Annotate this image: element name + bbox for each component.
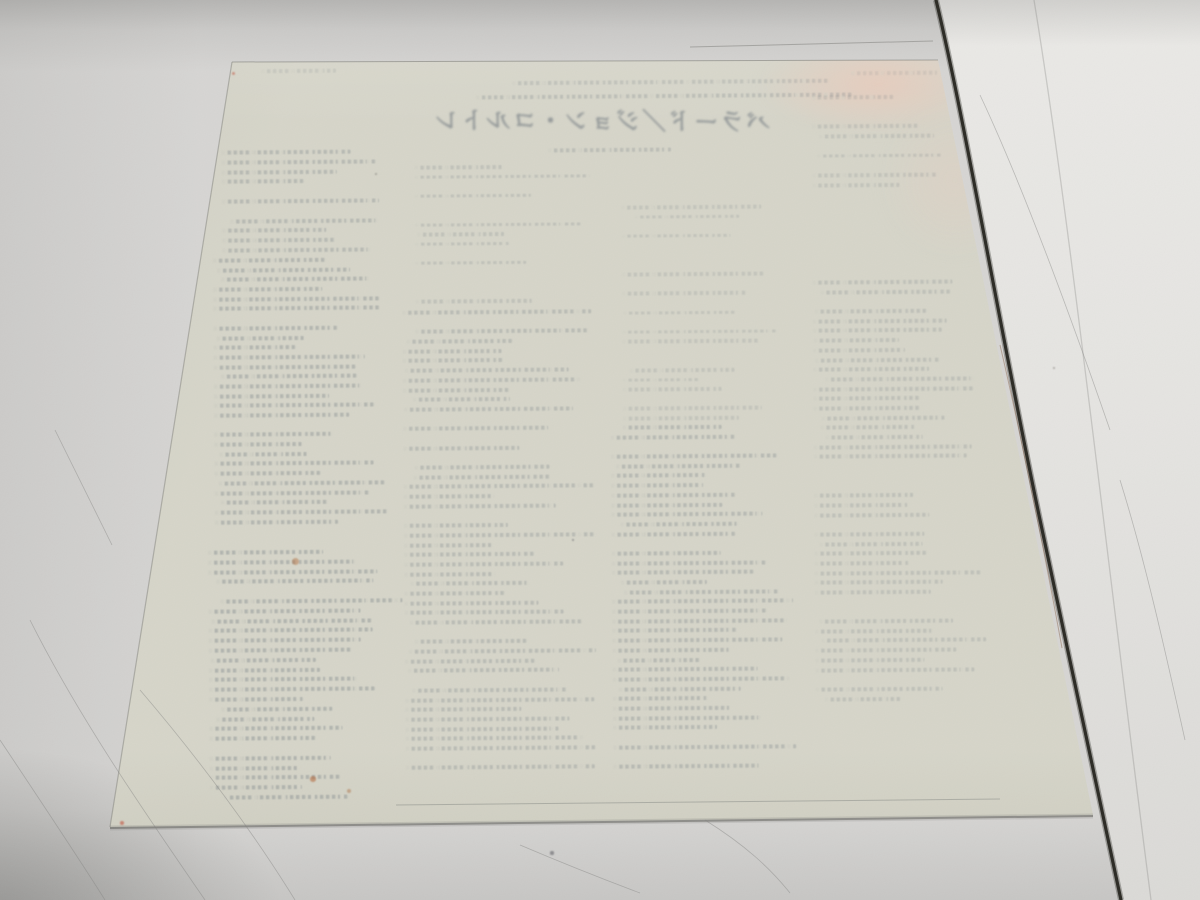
showthrough-text-line bbox=[210, 756, 331, 761]
showthrough-text-line bbox=[819, 134, 934, 138]
showthrough-text-line bbox=[814, 551, 928, 556]
showthrough-text-line bbox=[815, 628, 933, 633]
showthrough-text-line bbox=[214, 345, 296, 350]
showthrough-text-line bbox=[815, 590, 931, 595]
showthrough-text-line bbox=[825, 376, 974, 381]
showthrough-text-line bbox=[209, 697, 303, 702]
showthrough-text-line bbox=[613, 676, 790, 681]
showthrough-text-block bbox=[414, 164, 595, 309]
showthrough-text-line bbox=[613, 744, 796, 749]
showthrough-text-line bbox=[221, 707, 332, 712]
showthrough-text-line bbox=[612, 551, 721, 556]
showthrough-text-line bbox=[629, 368, 734, 372]
showthrough-text-line bbox=[214, 442, 302, 447]
showthrough-text-line bbox=[815, 580, 943, 585]
showthrough-text-line bbox=[815, 309, 927, 314]
showthrough-text-line bbox=[821, 638, 986, 643]
showthrough-text-block bbox=[851, 71, 941, 80]
showthrough-text-line bbox=[611, 493, 736, 498]
showthrough-text-line bbox=[213, 326, 337, 331]
showthrough-text-line bbox=[826, 435, 923, 440]
showthrough-text-line bbox=[815, 667, 974, 672]
showthrough-text-block bbox=[208, 549, 396, 805]
showthrough-text-line bbox=[622, 272, 765, 277]
showthrough-text-line bbox=[613, 764, 759, 769]
showthrough-text-line bbox=[215, 509, 389, 514]
showthrough-text-line bbox=[222, 228, 326, 233]
showthrough-text-line bbox=[402, 349, 501, 354]
showthrough-text-line bbox=[406, 745, 597, 751]
showthrough-text-line bbox=[208, 608, 360, 613]
showthrough-text-line bbox=[214, 413, 349, 418]
showthrough-text-line bbox=[209, 726, 342, 731]
showthrough-text-line bbox=[825, 697, 901, 702]
showthrough-text-block bbox=[611, 424, 799, 774]
showthrough-text-line bbox=[623, 406, 762, 411]
showthrough-text-line bbox=[612, 599, 793, 604]
showthrough-text-line bbox=[404, 561, 563, 566]
showthrough-text-line bbox=[402, 309, 591, 314]
showthrough-text-line bbox=[813, 406, 920, 411]
showthrough-text-line bbox=[612, 648, 729, 653]
showthrough-text-line bbox=[404, 494, 495, 499]
showthrough-text-line bbox=[612, 628, 738, 633]
showthrough-text-line bbox=[415, 299, 535, 303]
showthrough-text-line bbox=[208, 569, 377, 574]
showthrough-text-line bbox=[612, 609, 767, 614]
showthrough-text-line bbox=[623, 387, 722, 391]
showthrough-text-line bbox=[819, 541, 922, 546]
showthrough-text-line bbox=[815, 357, 940, 362]
showthrough-text-line bbox=[222, 198, 379, 203]
showthrough-text-line bbox=[222, 179, 304, 184]
showthrough-text-line bbox=[814, 503, 907, 508]
showthrough-text-line bbox=[634, 214, 739, 218]
showthrough-text-line bbox=[215, 471, 321, 476]
showthrough-text-line bbox=[214, 383, 361, 388]
showthrough-text-line bbox=[813, 396, 919, 401]
showthrough-text-line bbox=[611, 502, 722, 507]
showthrough-text-line bbox=[851, 71, 937, 75]
showthrough-text-line bbox=[415, 261, 526, 265]
showthrough-text-line bbox=[209, 667, 320, 672]
showthrough-text-block bbox=[402, 309, 602, 776]
showthrough-text-line bbox=[613, 706, 730, 711]
showthrough-text-line bbox=[813, 318, 947, 323]
showthrough-text-line bbox=[215, 519, 338, 524]
showthrough-text-line bbox=[476, 93, 852, 100]
showthrough-text-line bbox=[613, 696, 708, 701]
showthrough-text-line bbox=[620, 522, 738, 527]
showthrough-text-line bbox=[511, 79, 828, 85]
showthrough-text-line bbox=[405, 697, 594, 702]
showthrough-text-line bbox=[405, 707, 521, 712]
showthrough-text-line bbox=[404, 484, 595, 489]
showthrough-text-line bbox=[812, 124, 918, 128]
showthrough-text-line bbox=[405, 726, 558, 731]
showthrough-text-line bbox=[611, 512, 762, 517]
showthrough-text-line bbox=[209, 736, 316, 741]
showthrough-text-line bbox=[612, 618, 787, 623]
showthrough-text-line bbox=[622, 329, 778, 334]
showthrough-text-line bbox=[406, 765, 595, 770]
showthrough-text-line bbox=[230, 218, 377, 223]
showthrough-text-line bbox=[209, 628, 373, 633]
showthrough-text-line bbox=[214, 393, 329, 398]
showthrough-text-line bbox=[222, 150, 351, 155]
showthrough-text-line bbox=[213, 258, 326, 263]
showthrough-text-line bbox=[405, 610, 564, 615]
showthrough-text-line bbox=[224, 795, 348, 800]
showthrough-text-line bbox=[612, 570, 754, 575]
showthrough-text-line bbox=[410, 619, 583, 624]
showthrough-text-line bbox=[812, 280, 952, 285]
showthrough-text-line bbox=[413, 397, 510, 402]
showthrough-text-line bbox=[405, 658, 535, 663]
showthrough-text-line bbox=[213, 306, 381, 311]
showthrough-text-line bbox=[404, 572, 495, 577]
showthrough-text-line bbox=[210, 766, 300, 771]
showthrough-text-line bbox=[408, 668, 559, 673]
showthrough-text-line bbox=[215, 490, 370, 495]
showthrough-text-block bbox=[222, 149, 391, 258]
showthrough-text-line bbox=[821, 415, 944, 420]
showthrough-text-line bbox=[220, 598, 402, 603]
showthrough-text-line bbox=[406, 736, 584, 741]
showthrough-text-line bbox=[209, 648, 353, 653]
showthrough-text-line bbox=[624, 589, 779, 594]
showthrough-text-line bbox=[814, 338, 899, 343]
showthrough-text-block bbox=[252, 69, 330, 78]
showthrough-text-line bbox=[221, 500, 328, 505]
showthrough-text-line bbox=[404, 591, 506, 596]
showthrough-text-line bbox=[403, 387, 511, 392]
showthrough-text-line bbox=[814, 444, 972, 449]
showthrough-text-line bbox=[814, 493, 913, 498]
showthrough-text-line bbox=[217, 335, 307, 340]
showthrough-text-line bbox=[213, 287, 322, 292]
showthrough-text-line bbox=[404, 406, 573, 411]
showthrough-text-line bbox=[813, 367, 929, 372]
showthrough-text-line bbox=[414, 165, 502, 169]
showthrough-text-line bbox=[403, 445, 519, 450]
showthrough-text-line bbox=[214, 364, 356, 369]
showthrough-text-line bbox=[812, 183, 899, 187]
showthrough-text-line bbox=[611, 473, 707, 478]
showthrough-text-line bbox=[611, 453, 777, 458]
showthrough-text-line bbox=[409, 648, 596, 653]
showthrough-text-block bbox=[812, 279, 983, 707]
showthrough-text-line bbox=[209, 677, 359, 682]
showthrough-text-line bbox=[403, 358, 504, 363]
showthrough-text-line bbox=[404, 532, 596, 538]
showthrough-text-line bbox=[210, 775, 341, 780]
showthrough-text-line bbox=[611, 531, 735, 536]
showthrough-text-line bbox=[415, 329, 588, 334]
showthrough-text-line bbox=[616, 463, 742, 468]
showthrough-text-line bbox=[815, 561, 910, 566]
showthrough-text-line bbox=[613, 667, 758, 672]
showthrough-text-line bbox=[406, 339, 514, 344]
showthrough-text-line bbox=[213, 296, 379, 301]
showthrough-text-line bbox=[212, 618, 374, 623]
showthrough-text-line bbox=[415, 222, 581, 227]
showthrough-text-line bbox=[612, 560, 767, 565]
showthrough-text-line bbox=[622, 291, 747, 295]
showthrough-text-line bbox=[210, 785, 302, 790]
showthrough-text-line bbox=[623, 416, 739, 420]
showthrough-text-block bbox=[812, 94, 963, 193]
showthrough-text-line bbox=[820, 289, 950, 294]
showthrough-text-line bbox=[209, 638, 361, 643]
showthrough-text-line bbox=[404, 523, 508, 528]
photo-scene: バラード／ジョン・コルトレーン bbox=[0, 0, 1200, 900]
showthrough-text-line bbox=[214, 432, 332, 437]
showthrough-text-line bbox=[623, 310, 737, 314]
showthrough-text-line bbox=[219, 480, 386, 485]
showthrough-text-line bbox=[621, 234, 730, 238]
showthrough-text-line bbox=[622, 378, 699, 382]
showthrough-text-line bbox=[813, 386, 973, 391]
showthrough-text-line bbox=[415, 174, 591, 179]
showthrough-text-line bbox=[216, 716, 314, 721]
showthrough-text-line bbox=[404, 600, 538, 605]
showthrough-text-line bbox=[405, 716, 569, 721]
showthrough-text-line bbox=[619, 686, 741, 691]
showthrough-text-block bbox=[621, 204, 791, 426]
showthrough-text-line bbox=[621, 205, 761, 210]
showthrough-text-line bbox=[410, 581, 528, 586]
showthrough-text-line bbox=[216, 579, 373, 584]
showthrough-text-line bbox=[817, 153, 943, 157]
showthrough-text-line bbox=[404, 543, 492, 548]
showthrough-text-line bbox=[217, 267, 350, 272]
showthrough-text-line bbox=[814, 454, 967, 459]
showthrough-text-line bbox=[415, 194, 533, 198]
showthrough-text-line bbox=[622, 339, 760, 344]
showthrough-text-line bbox=[617, 658, 701, 663]
showthrough-text-line bbox=[214, 403, 374, 408]
showthrough-text-line bbox=[816, 687, 943, 692]
showthrough-text-line bbox=[413, 474, 551, 479]
showthrough-text-line bbox=[208, 550, 323, 555]
showthrough-text-line bbox=[623, 425, 722, 430]
showthrough-text-line bbox=[415, 639, 527, 644]
showthrough-text-line bbox=[403, 377, 582, 382]
showthrough-text-line bbox=[404, 503, 556, 508]
showthrough-text-line bbox=[414, 465, 549, 470]
showthrough-text-line bbox=[219, 452, 308, 457]
showthrough-text-line bbox=[813, 328, 942, 333]
showthrough-text-line bbox=[820, 425, 915, 430]
showthrough-text-line bbox=[621, 580, 707, 585]
showthrough-text-line bbox=[261, 69, 336, 73]
showthrough-text-line bbox=[611, 434, 737, 439]
showthrough-text-line bbox=[417, 232, 504, 236]
showthrough-text-line bbox=[222, 238, 335, 243]
showthrough-text-line bbox=[403, 426, 548, 431]
showthrough-text-line bbox=[404, 552, 534, 557]
showthrough-text-line bbox=[814, 532, 924, 537]
showthrough-text-line bbox=[222, 247, 370, 252]
showthrough-text-line bbox=[613, 725, 717, 730]
showthrough-text-line bbox=[222, 169, 337, 174]
showthrough-text-line bbox=[815, 570, 982, 575]
showthrough-text-line bbox=[412, 687, 568, 692]
showthrough-text-block bbox=[213, 257, 395, 530]
showthrough-text-line bbox=[221, 277, 371, 282]
showthrough-text-line bbox=[209, 687, 375, 692]
showthrough-text-line bbox=[405, 368, 569, 373]
showthrough-text-line bbox=[812, 95, 894, 99]
showthrough-text-line bbox=[613, 715, 761, 720]
showthrough-text-line bbox=[415, 242, 511, 246]
showthrough-text-line bbox=[612, 638, 782, 643]
showthrough-text-block bbox=[545, 147, 673, 157]
showthrough-text-line bbox=[812, 173, 936, 177]
showthrough-text-line bbox=[611, 483, 703, 488]
showthrough-text-line bbox=[211, 658, 316, 663]
showthrough-text-line bbox=[547, 148, 670, 152]
showthrough-text-line bbox=[819, 619, 953, 624]
showthrough-text-line bbox=[214, 354, 365, 359]
showthrough-text-line bbox=[222, 159, 376, 164]
showthrough-text-line bbox=[813, 348, 905, 353]
showthrough-text-line bbox=[815, 648, 956, 653]
showthrough-text-line bbox=[215, 461, 374, 466]
showthrough-text-line bbox=[208, 559, 355, 564]
showthrough-text-line bbox=[815, 658, 924, 663]
showthrough-text-line bbox=[221, 374, 357, 379]
showthrough-title: バラード／ジョン・コルトレーン bbox=[432, 105, 770, 137]
showthrough-text-line bbox=[814, 512, 929, 517]
